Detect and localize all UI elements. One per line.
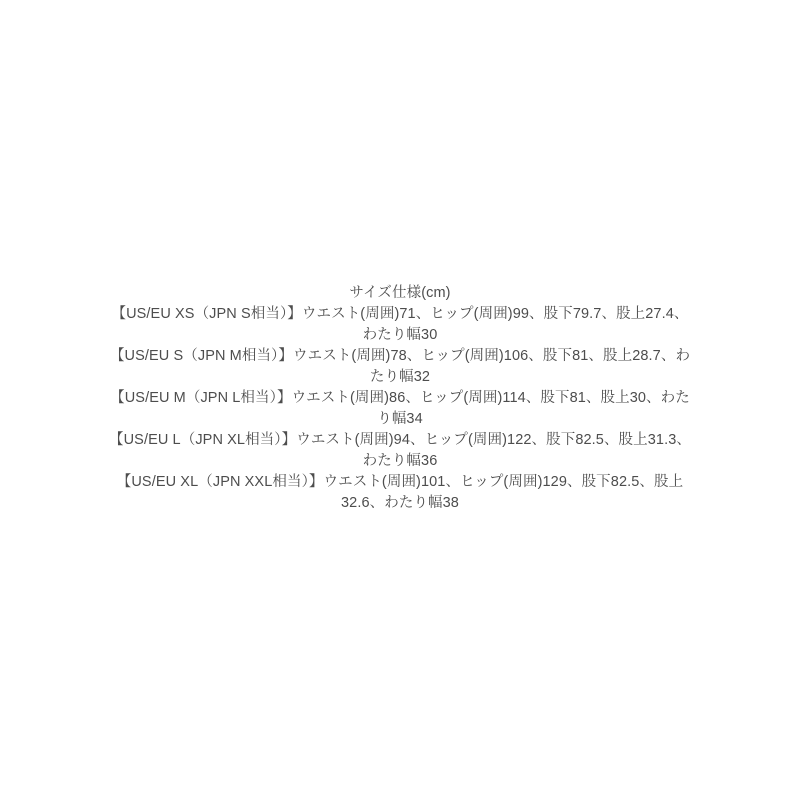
size-spec-row: 【US/EU M（JPN L相当）】ウエスト(周囲)86、ヒップ(周囲)114、… [108, 388, 692, 430]
size-spec-row: 【US/EU XS（JPN S相当）】ウエスト(周囲)71、ヒップ(周囲)99、… [108, 304, 692, 346]
size-spec-block: サイズ仕様(cm) 【US/EU XS（JPN S相当）】ウエスト(周囲)71、… [108, 283, 692, 514]
size-spec-title: サイズ仕様(cm) [108, 283, 692, 304]
size-spec-rows: 【US/EU XS（JPN S相当）】ウエスト(周囲)71、ヒップ(周囲)99、… [108, 304, 692, 514]
size-spec-row: 【US/EU L（JPN XL相当）】ウエスト(周囲)94、ヒップ(周囲)122… [108, 430, 692, 472]
size-spec-row: 【US/EU XL（JPN XXL相当）】ウエスト(周囲)101、ヒップ(周囲)… [108, 472, 692, 514]
size-spec-row: 【US/EU S（JPN M相当）】ウエスト(周囲)78、ヒップ(周囲)106、… [108, 346, 692, 388]
page-canvas: サイズ仕様(cm) 【US/EU XS（JPN S相当）】ウエスト(周囲)71、… [0, 0, 800, 800]
